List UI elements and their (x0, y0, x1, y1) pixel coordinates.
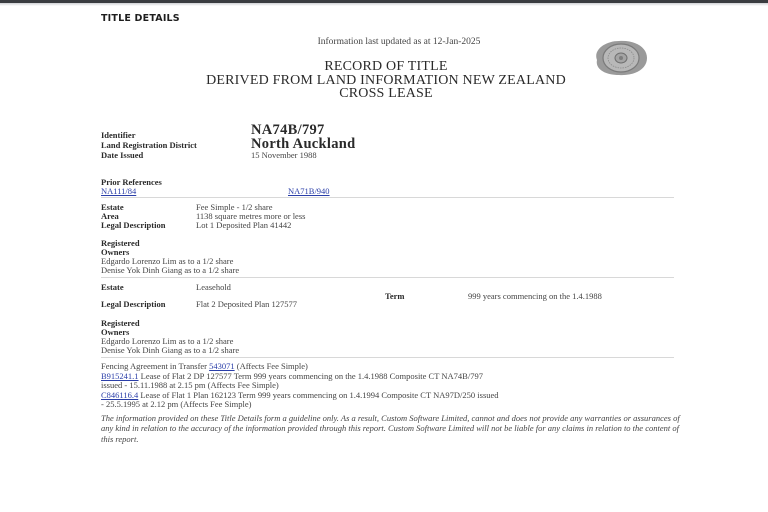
encumbrance-text: Fencing Agreement in Transfer (101, 361, 209, 371)
section-divider (101, 197, 674, 198)
owner-entry: Denise Yok Dinh Giang as to a 1/2 share (101, 345, 239, 355)
legal-description-label: Legal Description (101, 220, 165, 230)
prior-reference-link[interactable]: NA71B/940 (288, 186, 330, 196)
encumbrance-lease-2-cont: - 25.5.1995 at 2.12 pm (Affects Fee Simp… (101, 399, 681, 409)
record-title-block: RECORD OF TITLE DERIVED FROM LAND INFORM… (0, 60, 768, 101)
encumbrance-fencing: Fencing Agreement in Transfer 543071 (Af… (101, 361, 681, 371)
encumbrance-text: (Affects Fee Simple) (235, 361, 308, 371)
legal-description-value: Flat 2 Deposited Plan 127577 (196, 299, 297, 309)
prior-reference-link[interactable]: NA111/84 (101, 186, 136, 196)
top-bar-shadow (0, 3, 768, 6)
legal-description-label: Legal Description (101, 299, 165, 309)
section-divider (101, 277, 674, 278)
owner-entry: Denise Yok Dinh Giang as to a 1/2 share (101, 265, 239, 275)
district-label: Land Registration District (101, 140, 197, 150)
official-seal-icon (589, 38, 651, 78)
term-label: Term (385, 291, 405, 301)
last-updated-text: Information last updated as at 12-Jan-20… (0, 37, 768, 47)
legal-description-value: Lot 1 Deposited Plan 41442 (196, 220, 291, 230)
disclaimer-text: The information provided on these Title … (101, 413, 681, 444)
estate-value: Leasehold (196, 282, 231, 292)
estate-label: Estate (101, 282, 124, 292)
term-value: 999 years commencing on the 1.4.1988 (468, 291, 602, 301)
instrument-link[interactable]: 543071 (209, 361, 235, 371)
identifier-label: Identifier (101, 130, 135, 140)
record-title-line-2: DERIVED FROM LAND INFORMATION NEW ZEALAN… (4, 74, 768, 88)
date-issued-value: 15 November 1988 (251, 150, 317, 160)
page-heading: TITLE DETAILS (101, 13, 180, 24)
date-issued-label: Date Issued (101, 150, 143, 160)
record-title-line-3: CROSS LEASE (4, 87, 768, 101)
record-title-line-1: RECORD OF TITLE (4, 60, 768, 74)
encumbrance-lease-1-cont: issued - 15.11.1988 at 2.15 pm (Affects … (101, 380, 681, 390)
section-divider (101, 357, 674, 358)
